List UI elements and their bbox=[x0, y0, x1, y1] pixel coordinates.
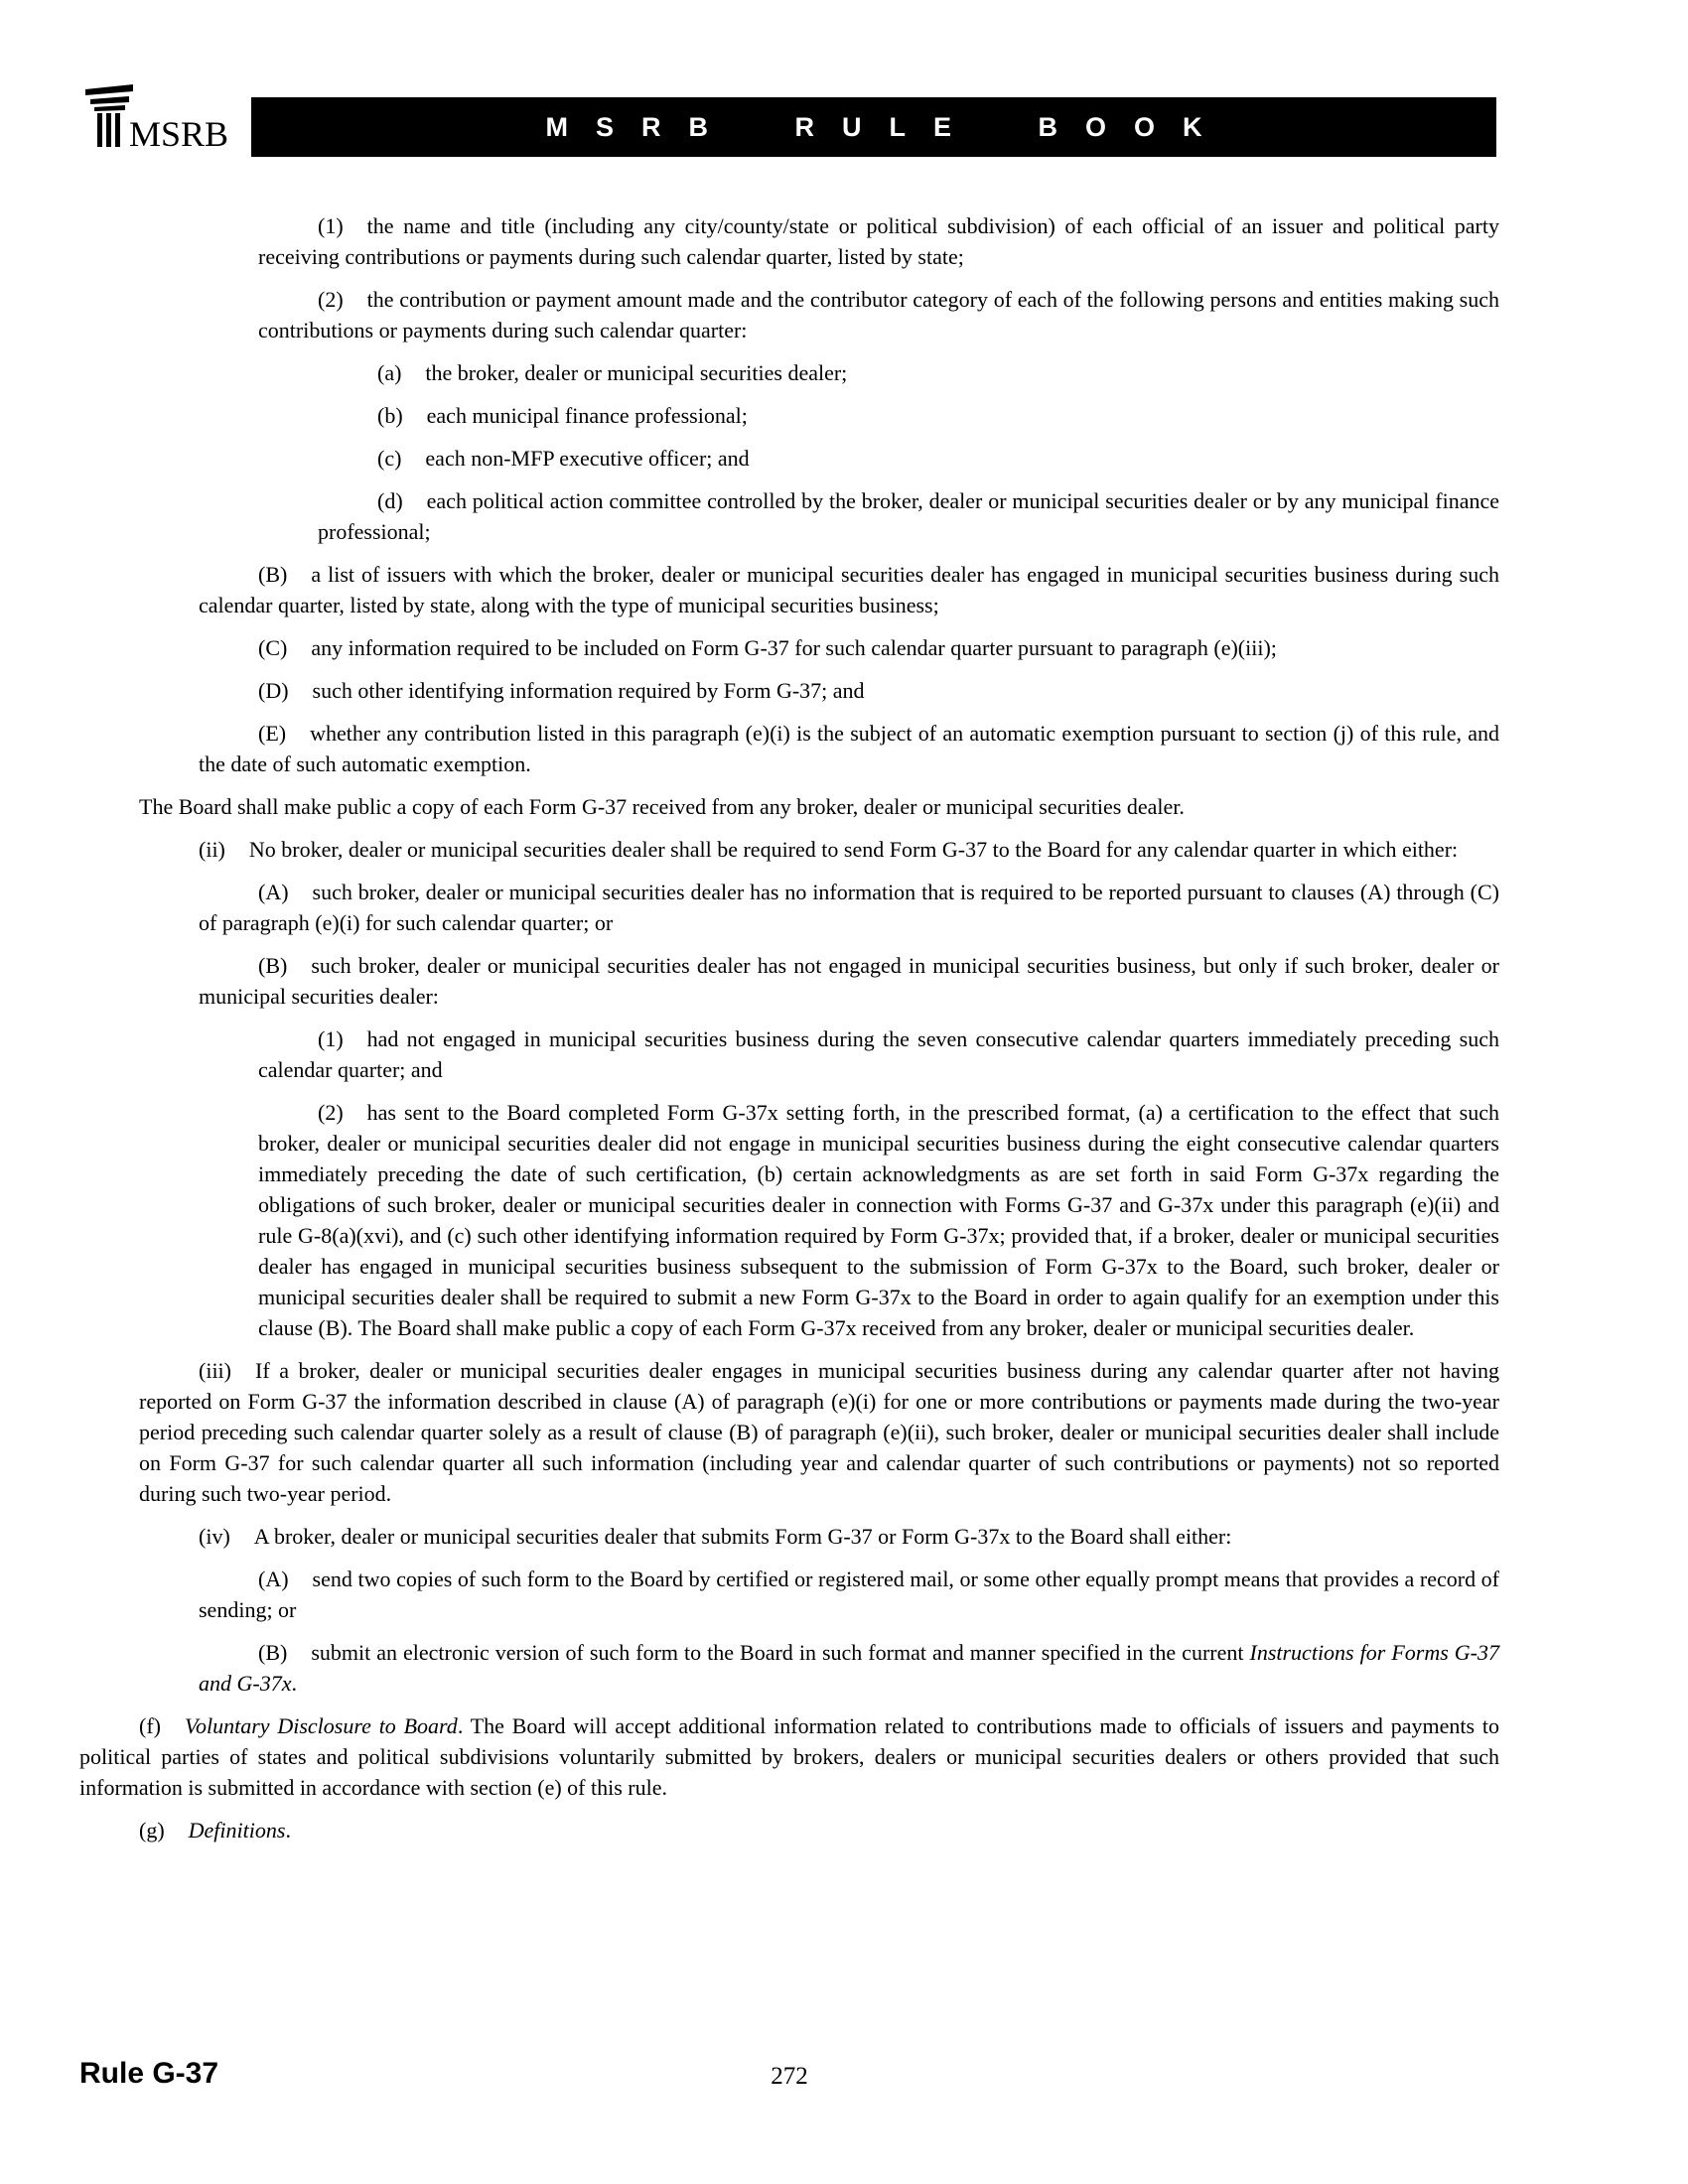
paragraph-label: (E) bbox=[258, 721, 310, 746]
paragraph-text: has sent to the Board completed Form G-3… bbox=[258, 1100, 1499, 1340]
paragraph-text: submit an electronic version of such for… bbox=[311, 1640, 1249, 1665]
para-e-ii-A: (A)such broker, dealer or municipal secu… bbox=[199, 877, 1499, 938]
paragraph-text: The Board shall make public a copy of ea… bbox=[139, 794, 1185, 819]
paragraph-text: No broker, dealer or municipal securitie… bbox=[249, 837, 1458, 862]
paragraph-text: any information required to be included … bbox=[311, 635, 1277, 660]
para-e-ii: (ii)No broker, dealer or municipal secur… bbox=[139, 834, 1499, 865]
para-e-ii-B-2: (2)has sent to the Board completed Form … bbox=[258, 1097, 1499, 1343]
para-e-i-A-2-c: (c)each non-MFP executive officer; and bbox=[318, 443, 1499, 474]
para-e-i-B: (B)a list of issuers with which the brok… bbox=[199, 559, 1499, 620]
document-body: (1)the name and title (including any cit… bbox=[79, 210, 1499, 1857]
paragraph-text: the broker, dealer or municipal securiti… bbox=[425, 360, 847, 385]
paragraph-italic-text: Definitions bbox=[189, 1818, 286, 1843]
paragraph-text: A broker, dealer or municipal securities… bbox=[254, 1524, 1232, 1549]
paragraph-label: (D) bbox=[258, 678, 313, 703]
paragraph-label: (B) bbox=[258, 1640, 311, 1665]
paragraph-label: (B) bbox=[258, 562, 311, 587]
paragraph-text: whether any contribution listed in this … bbox=[199, 721, 1499, 776]
paragraph-text: send two copies of such form to the Boar… bbox=[199, 1567, 1499, 1622]
column-pillar-icon: MSRB bbox=[83, 83, 252, 149]
paragraph-label: (1) bbox=[318, 1026, 367, 1051]
para-e-iv-A: (A)send two copies of such form to the B… bbox=[199, 1564, 1499, 1625]
paragraph-label: (c) bbox=[377, 446, 425, 471]
para-f: (f)Voluntary Disclosure to Board. The Bo… bbox=[79, 1710, 1499, 1803]
paragraph-text: such other identifying information requi… bbox=[313, 678, 865, 703]
document-page: MSRB MSRB RULE BOOK (1)the name and titl… bbox=[0, 0, 1688, 2184]
msrb-logo-text: MSRB bbox=[129, 114, 228, 149]
paragraph-text: If a broker, dealer or municipal securit… bbox=[139, 1358, 1499, 1506]
paragraph-label: (A) bbox=[258, 1567, 313, 1591]
paragraph-label: (a) bbox=[377, 360, 425, 385]
paragraph-text: . bbox=[285, 1818, 291, 1843]
para-e-iii: (iii)If a broker, dealer or municipal se… bbox=[139, 1355, 1499, 1509]
paragraph-text: each non-MFP executive officer; and bbox=[425, 446, 749, 471]
paragraph-label: (2) bbox=[318, 287, 367, 312]
paragraph-text: such broker, dealer or municipal securit… bbox=[199, 953, 1499, 1009]
paragraph-label: (B) bbox=[258, 953, 311, 978]
paragraph-text: each political action committee controll… bbox=[318, 488, 1499, 544]
paragraph-text: had not engaged in municipal securities … bbox=[258, 1026, 1499, 1082]
footer-page-number: 272 bbox=[79, 2063, 1499, 2091]
para-e-ii-B-1: (1)had not engaged in municipal securiti… bbox=[258, 1024, 1499, 1085]
paragraph-text: a list of issuers with which the broker,… bbox=[199, 562, 1499, 617]
para-e-i-A-2-d: (d)each political action committee contr… bbox=[318, 485, 1499, 547]
paragraph-text: each municipal finance professional; bbox=[427, 403, 748, 428]
para-e-i-D: (D)such other identifying information re… bbox=[199, 675, 1499, 706]
para-g: (g)Definitions. bbox=[79, 1815, 1499, 1845]
paragraph-text: such broker, dealer or municipal securit… bbox=[199, 880, 1499, 935]
para-e-iv: (iv)A broker, dealer or municipal securi… bbox=[139, 1521, 1499, 1552]
paragraph-label: (f) bbox=[139, 1713, 185, 1738]
paragraph-label: (d) bbox=[377, 488, 427, 513]
paragraph-italic-text: Voluntary Disclosure to Board bbox=[185, 1713, 458, 1738]
paragraph-label: (C) bbox=[258, 635, 311, 660]
rule-book-banner: MSRB RULE BOOK bbox=[251, 97, 1496, 157]
para-e-i-C: (C)any information required to be includ… bbox=[199, 632, 1499, 663]
paragraph-text: the name and title (including any city/c… bbox=[258, 213, 1499, 269]
paragraph-label: (iv) bbox=[199, 1524, 254, 1549]
para-board-public-note: The Board shall make public a copy of ea… bbox=[139, 791, 1499, 822]
paragraph-label: (b) bbox=[377, 403, 427, 428]
msrb-logo: MSRB bbox=[83, 83, 252, 149]
paragraph-label: (g) bbox=[139, 1818, 189, 1843]
para-e-i-A-2-a: (a)the broker, dealer or municipal secur… bbox=[318, 357, 1499, 388]
paragraph-label: (2) bbox=[318, 1100, 367, 1125]
para-e-i-A-1: (1)the name and title (including any cit… bbox=[258, 210, 1499, 272]
para-e-i-A-2: (2)the contribution or payment amount ma… bbox=[258, 284, 1499, 345]
para-e-i-A-2-b: (b)each municipal finance professional; bbox=[318, 400, 1499, 431]
paragraph-label: (1) bbox=[318, 213, 367, 238]
para-e-ii-B: (B)such broker, dealer or municipal secu… bbox=[199, 950, 1499, 1012]
paragraph-label: (ii) bbox=[199, 837, 249, 862]
para-e-iv-B: (B)submit an electronic version of such … bbox=[199, 1637, 1499, 1699]
banner-title: MSRB RULE BOOK bbox=[518, 112, 1230, 143]
para-e-i-E: (E)whether any contribution listed in th… bbox=[199, 718, 1499, 779]
paragraph-label: (iii) bbox=[199, 1358, 255, 1383]
paragraph-text: the contribution or payment amount made … bbox=[258, 287, 1499, 342]
paragraph-text: . bbox=[291, 1671, 297, 1696]
paragraph-label: (A) bbox=[258, 880, 313, 904]
